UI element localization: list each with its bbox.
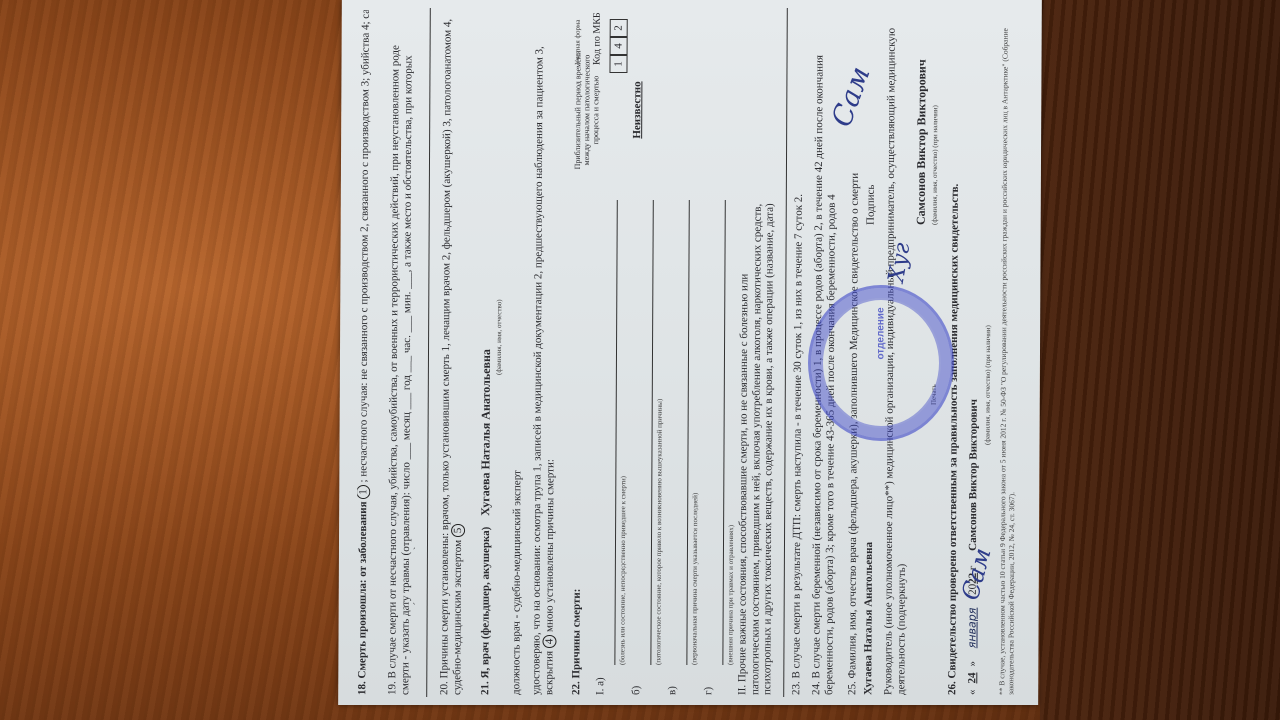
cause-row-d: г) xyxy=(702,10,718,695)
item21-position: должность врач - судебно-медицинский экс… xyxy=(510,10,526,695)
item18-text: ; несчастного случая: не связанного с пр… xyxy=(357,10,372,482)
icd-code-label: Код по МКБ xyxy=(592,12,604,65)
official-stamp: отделение xyxy=(808,285,954,441)
cause-caption-c: (первоначальная причина смерти указывает… xyxy=(690,10,701,665)
verification-day: 24 xyxy=(966,673,978,684)
cause-row-c: в) xyxy=(666,10,682,695)
item21-tail: мною установлены причины смерти: xyxy=(543,459,556,632)
item19-text: 19. В случае смерти от несчастного случа… xyxy=(386,10,418,695)
item21-circled-option: 4 xyxy=(542,635,556,649)
item20-label: 20. Причины смерти установлены: врачом, … xyxy=(438,19,463,695)
verifier-name-caption: (фамилия, имя, отчество) (при наличии) xyxy=(984,10,994,445)
form-header: Учетная форма xyxy=(574,20,582,65)
item21-line: 21. Я, врач (фельдшер, акушерка) Хугаева… xyxy=(478,10,495,695)
interval-value: Неизвестно xyxy=(631,55,644,165)
item18-circled-option: 1 xyxy=(356,485,370,499)
item18-line: 18. Смерть произошла: от заболевания 1 ;… xyxy=(356,10,372,695)
cause-caption-a: (болезнь или состояние, непосредственно … xyxy=(618,10,629,665)
item23-text: 23. В случае смерти в результате ДТП: см… xyxy=(790,10,806,695)
wooden-table-background xyxy=(1040,0,1280,720)
item18-label: 18. Смерть произошла: от заболевания xyxy=(356,501,369,695)
item21-basis: удостоверяю, что на основании: осмотра т… xyxy=(530,10,564,695)
cause-line-a xyxy=(614,200,617,665)
cause-caption-b: (патологическое состояние, которое приве… xyxy=(654,10,665,665)
divider xyxy=(426,8,431,697)
stamp-text: отделение xyxy=(876,299,887,369)
cause-line-d xyxy=(722,200,725,665)
item20-line: 20. Причины смерти установлены: врачом, … xyxy=(438,10,470,695)
signature-caption: Подпись xyxy=(865,10,879,225)
item20-circled-option: 5 xyxy=(451,524,465,538)
cause-line-c xyxy=(686,200,689,665)
icd-code-box: 2 xyxy=(610,19,628,37)
verification-month: января xyxy=(966,608,978,649)
head-name: Самсонов Виктор Викторович xyxy=(915,10,930,225)
icd-code-box: 1 xyxy=(609,55,627,73)
verifier-name: Самсонов Виктор Викторович xyxy=(967,399,980,551)
cause-line-b xyxy=(650,200,653,665)
icd-code-box: 4 xyxy=(610,37,628,55)
item21-label: 21. Я, врач (фельдшер, акушерка) xyxy=(479,527,492,695)
item21-doctor-name: Хугаева Наталья Анатольевна xyxy=(478,349,493,516)
interval-column-header: Приблизительный период времени между нач… xyxy=(573,50,601,170)
footnote: ** В случае, установленном частью 10 ста… xyxy=(998,10,1019,695)
item21-name-caption: (фамилия, имя, отчество) xyxy=(495,10,505,375)
